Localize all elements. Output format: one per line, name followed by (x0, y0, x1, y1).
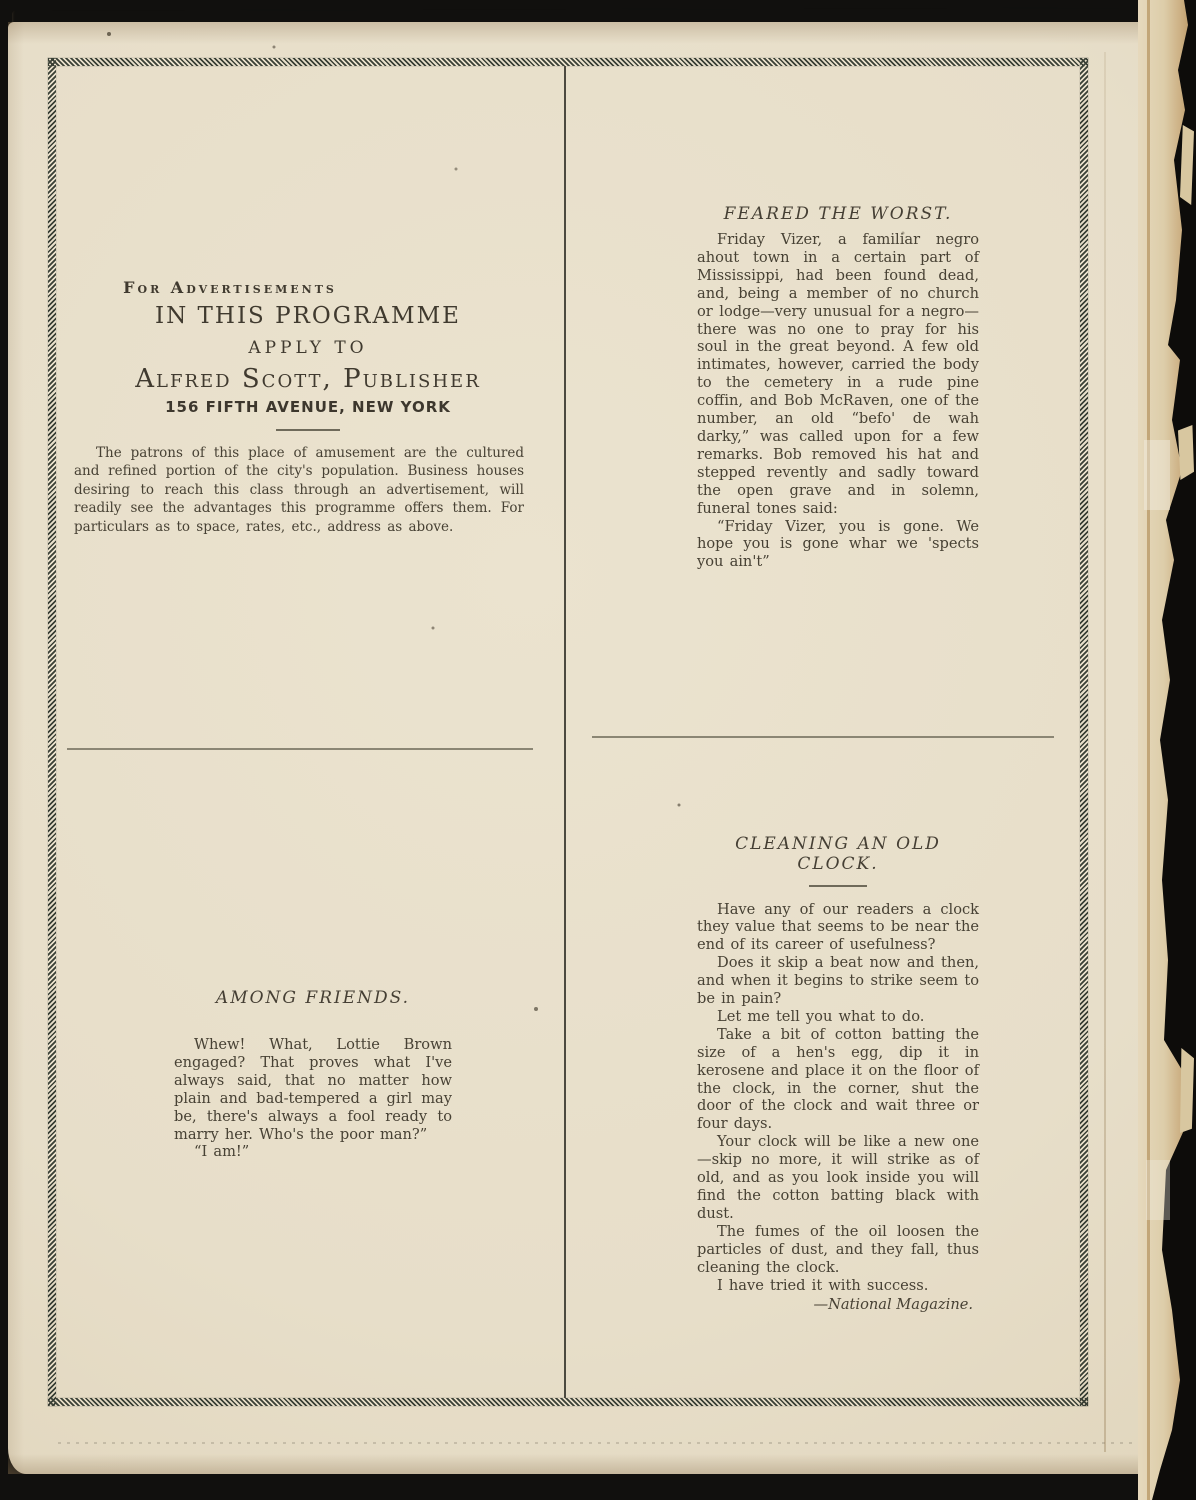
story-paragraph: “I am!” (174, 1143, 452, 1161)
paper-specks (8, 22, 10, 24)
story-title: AMONG FRIENDS. (174, 988, 452, 1008)
story-attribution: —National Magazine. (697, 1296, 979, 1314)
scanned-programme-page: For Advertisements IN THIS PROGRAMME APP… (0, 0, 1196, 1500)
torn-paper-fragment (1180, 1048, 1194, 1133)
story-title: CLEANING AN OLD CLOCK. (697, 834, 979, 874)
border-bottom (48, 1398, 1088, 1406)
border-right (1080, 58, 1088, 1406)
story-among-friends: AMONG FRIENDS. Whew! What, Lottie Brown … (174, 988, 452, 1161)
torn-edge-crease (1147, 0, 1150, 1500)
story-paragraph: Friday Vizer, a familiar negro ahout tow… (697, 231, 979, 518)
paper-sheet: For Advertisements IN THIS PROGRAMME APP… (8, 22, 1158, 1474)
border-top (48, 58, 1088, 66)
torn-paper-fragment (1178, 425, 1194, 480)
story-feared-the-worst: FEARED THE WORST. Friday Vizer, a famili… (697, 204, 979, 571)
story-paragraph: The fumes of the oil loosen the particle… (697, 1223, 979, 1277)
story-paragraph: I have tried it with success. (697, 1277, 979, 1295)
ad-body-text: The patrons of this place of amusement a… (74, 444, 524, 536)
story-title: FEARED THE WORST. (697, 204, 979, 224)
story-title-rule (809, 885, 867, 887)
column-divider (564, 66, 566, 1398)
tape-patch (1146, 1160, 1170, 1220)
story-paragraph: Does it skip a beat now and then, and wh… (697, 954, 979, 1008)
torn-paper-fragment (1180, 125, 1194, 205)
page-crease (1104, 52, 1106, 1452)
ad-divider-rule (276, 429, 340, 431)
tape-patch (1144, 440, 1170, 510)
story-paragraph: Let me tell you what to do. (697, 1008, 979, 1026)
right-column-section-divider (592, 736, 1054, 738)
ad-heading-line1: For Advertisements (0, 278, 470, 297)
story-paragraph: Whew! What, Lottie Brown engaged? That p… (174, 1036, 452, 1143)
ad-heading-line3: APPLY TO (68, 338, 548, 358)
story-paragraph: Have any of our readers a clock they val… (697, 901, 979, 955)
story-paragraph: Take a bit of cotton batting the size of… (697, 1026, 979, 1133)
ad-publisher-address: 156 FIFTH AVENUE, NEW YORK (68, 398, 548, 416)
ad-heading-line2: IN THIS PROGRAMME (68, 303, 548, 329)
torn-paper-edge (1138, 0, 1196, 1500)
story-paragraph: “Friday Vizer, you is gone. We hope you … (697, 518, 979, 572)
scan-noise-line (58, 1442, 1138, 1444)
story-cleaning-an-old-clock: CLEANING AN OLD CLOCK. Have any of our r… (697, 834, 979, 1314)
left-column-section-divider (67, 748, 533, 750)
ad-publisher-name: Alfred Scott, Publisher (68, 364, 548, 394)
advertisement-notice: For Advertisements IN THIS PROGRAMME APP… (68, 278, 548, 536)
border-left (48, 58, 56, 1406)
story-paragraph: Your clock will be like a new one—skip n… (697, 1133, 979, 1223)
